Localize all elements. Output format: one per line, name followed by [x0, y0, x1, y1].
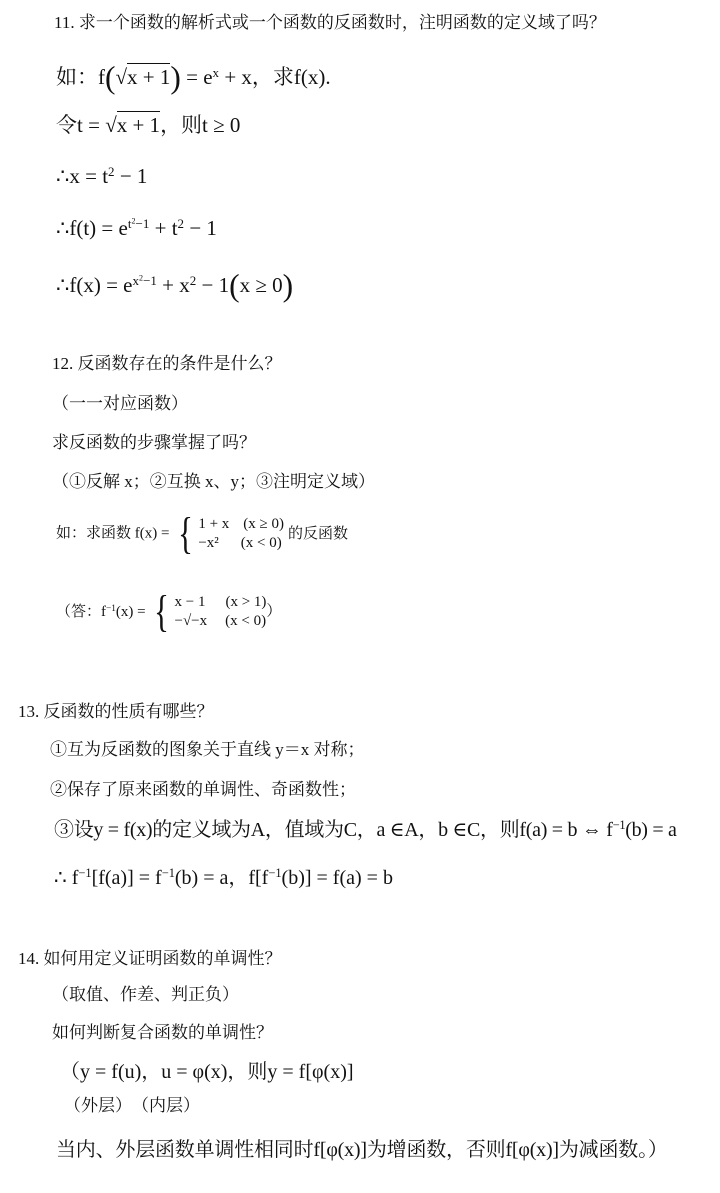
q11-example-prefix: 如： [56, 65, 98, 89]
q14-title: 14. 如何用定义证明函数的单调性？ [18, 950, 282, 967]
q12-question2: 求反函数的步骤掌握了吗？ [52, 434, 256, 451]
q12-example-prefix: 如：求函数 f(x) = [56, 526, 173, 542]
q11-title: 11. 求一个函数的解析式或一个函数的反函数时，注明函数的定义域了吗？ [54, 14, 606, 31]
q14-composite: （y = f(u)，u = φ(x)，则y = f[φ(x)] [60, 1062, 354, 1082]
q12-answer-prefix: （答：f [56, 604, 106, 620]
q12-example: 如：求函数 f(x) = { 1 + x(x ≥ 0) −x²(x < 0) 的… [56, 512, 348, 556]
q14-answer: （取值、作差、判正负） [52, 986, 239, 1003]
q11-example-rhs: = e [181, 65, 213, 89]
q13-p4-d: (b)] = f(a) = b [282, 867, 393, 889]
q12-example-suffix: 的反函数 [288, 526, 348, 542]
q11-step2: ∴x = t2 − 1 [56, 166, 147, 187]
case-row: 1 + x(x ≥ 0) [198, 515, 284, 534]
q12-answer-cases: x − 1(x > 1) −√−x(x < 0) [174, 593, 266, 631]
q13-p4-c: (b) = a，f[f [175, 867, 268, 889]
left-brace-icon: { [155, 590, 170, 634]
case-row: x − 1(x > 1) [174, 593, 266, 612]
q11-step3-text: ∴f(t) = e [56, 216, 128, 240]
case-row: −x²(x < 0) [198, 534, 284, 553]
q13-property-4: ∴ f−1[f(a)] = f−1(b) = a，f[f−1(b)] = f(a… [54, 868, 393, 888]
q13-property-3-sup: −1 [613, 818, 626, 832]
q12-answer-mid: (x) = [116, 604, 149, 620]
case-cond: (x < 0) [225, 612, 266, 631]
q12-answer: （一一对应函数） [52, 395, 188, 412]
q11-step3-tail: + t [149, 216, 177, 240]
q11-step4-text: ∴f(x) = e [56, 273, 133, 297]
q13-property-3: ③设y = f(x)的定义域为A，值域为C，a ∈A，b ∈C，则f(a) = … [54, 820, 677, 840]
case-expr: x − 1 [174, 594, 205, 610]
case-expr: −x² [198, 535, 218, 551]
q11-step4-domain: x ≥ 0 [240, 273, 283, 297]
q11-step2-tail: − 1 [115, 164, 148, 188]
case-cond: (x ≥ 0) [243, 515, 284, 534]
q11-step1-tail: ，则t ≥ 0 [160, 113, 240, 137]
q11-example-radicand: x + 1 [127, 63, 170, 89]
q11-step1-radicand: x + 1 [117, 111, 160, 137]
q12-answer-suffix: ） [266, 604, 281, 620]
q13-p4-sup3: −1 [268, 866, 281, 880]
q12-example-cases: 1 + x(x ≥ 0) −x²(x < 0) [198, 515, 284, 553]
q11-step2-text: ∴x = t [56, 164, 108, 188]
case-row: −√−x(x < 0) [174, 612, 266, 631]
q12-answer-sup: −1 [106, 603, 116, 613]
q11-example-f: f [98, 65, 105, 89]
q11-step1-prefix: 令t = [56, 113, 105, 137]
q11-step3-exp-tail: −1 [136, 216, 150, 231]
case-expr: −√−x [174, 613, 207, 629]
q13-property-3-text: ③设y = f(x)的定义域为A，值域为C，a ∈A，b ∈C，则f(a) = … [54, 819, 613, 841]
q12-title: 12. 反函数存在的条件是什么？ [52, 355, 282, 372]
q13-property-3-tail: (b) = a [625, 819, 676, 841]
q12-steps: （①反解 x；②互换 x、y；③注明定义域） [52, 473, 375, 490]
case-expr: 1 + x [198, 516, 229, 532]
q13-property-1: ①互为反函数的图象关于直线 y＝x 对称； [50, 741, 365, 758]
left-brace-icon: { [178, 512, 193, 556]
q11-step3-tail2: − 1 [184, 216, 217, 240]
q14-layers: （外层） （内层） [64, 1097, 200, 1114]
q13-p4-a: ∴ f [54, 867, 78, 889]
q11-example-rhs-tail: + x，求f(x). [219, 65, 331, 89]
q11-step1: 令t = √x + 1，则t ≥ 0 [56, 115, 240, 136]
q14-question2: 如何判断复合函数的单调性？ [52, 1024, 273, 1041]
q14-conclusion: 当内、外层函数单调性相同时f[φ(x)]为增函数，否则f[φ(x)]为减函数。） [56, 1140, 668, 1160]
q11-step4-tail2: − 1 [196, 273, 229, 297]
q11-step4-tail: + x [157, 273, 190, 297]
q13-title: 13. 反函数的性质有哪些？ [18, 703, 214, 720]
q11-step4: ∴f(x) = ex2−1 + x2 − 1(x ≥ 0) [56, 270, 293, 302]
q13-property-2: ②保存了原来函数的单调性、奇函数性； [50, 781, 356, 798]
q11-step4-exp-tail: −1 [143, 273, 157, 288]
q13-p4-sup1: −1 [78, 866, 91, 880]
q11-example: 如：f(√x + 1) = ex + x，求f(x). [56, 62, 331, 94]
q11-step3: ∴f(t) = et2−1 + t2 − 1 [56, 218, 217, 239]
q12-answer-formula: （答：f−1(x) = { x − 1(x > 1) −√−x(x < 0) ） [56, 590, 281, 634]
case-cond: (x < 0) [241, 534, 282, 553]
case-cond: (x > 1) [225, 593, 266, 612]
q13-p4-b: [f(a)] = f [92, 867, 162, 889]
q13-p4-sup2: −1 [162, 866, 175, 880]
